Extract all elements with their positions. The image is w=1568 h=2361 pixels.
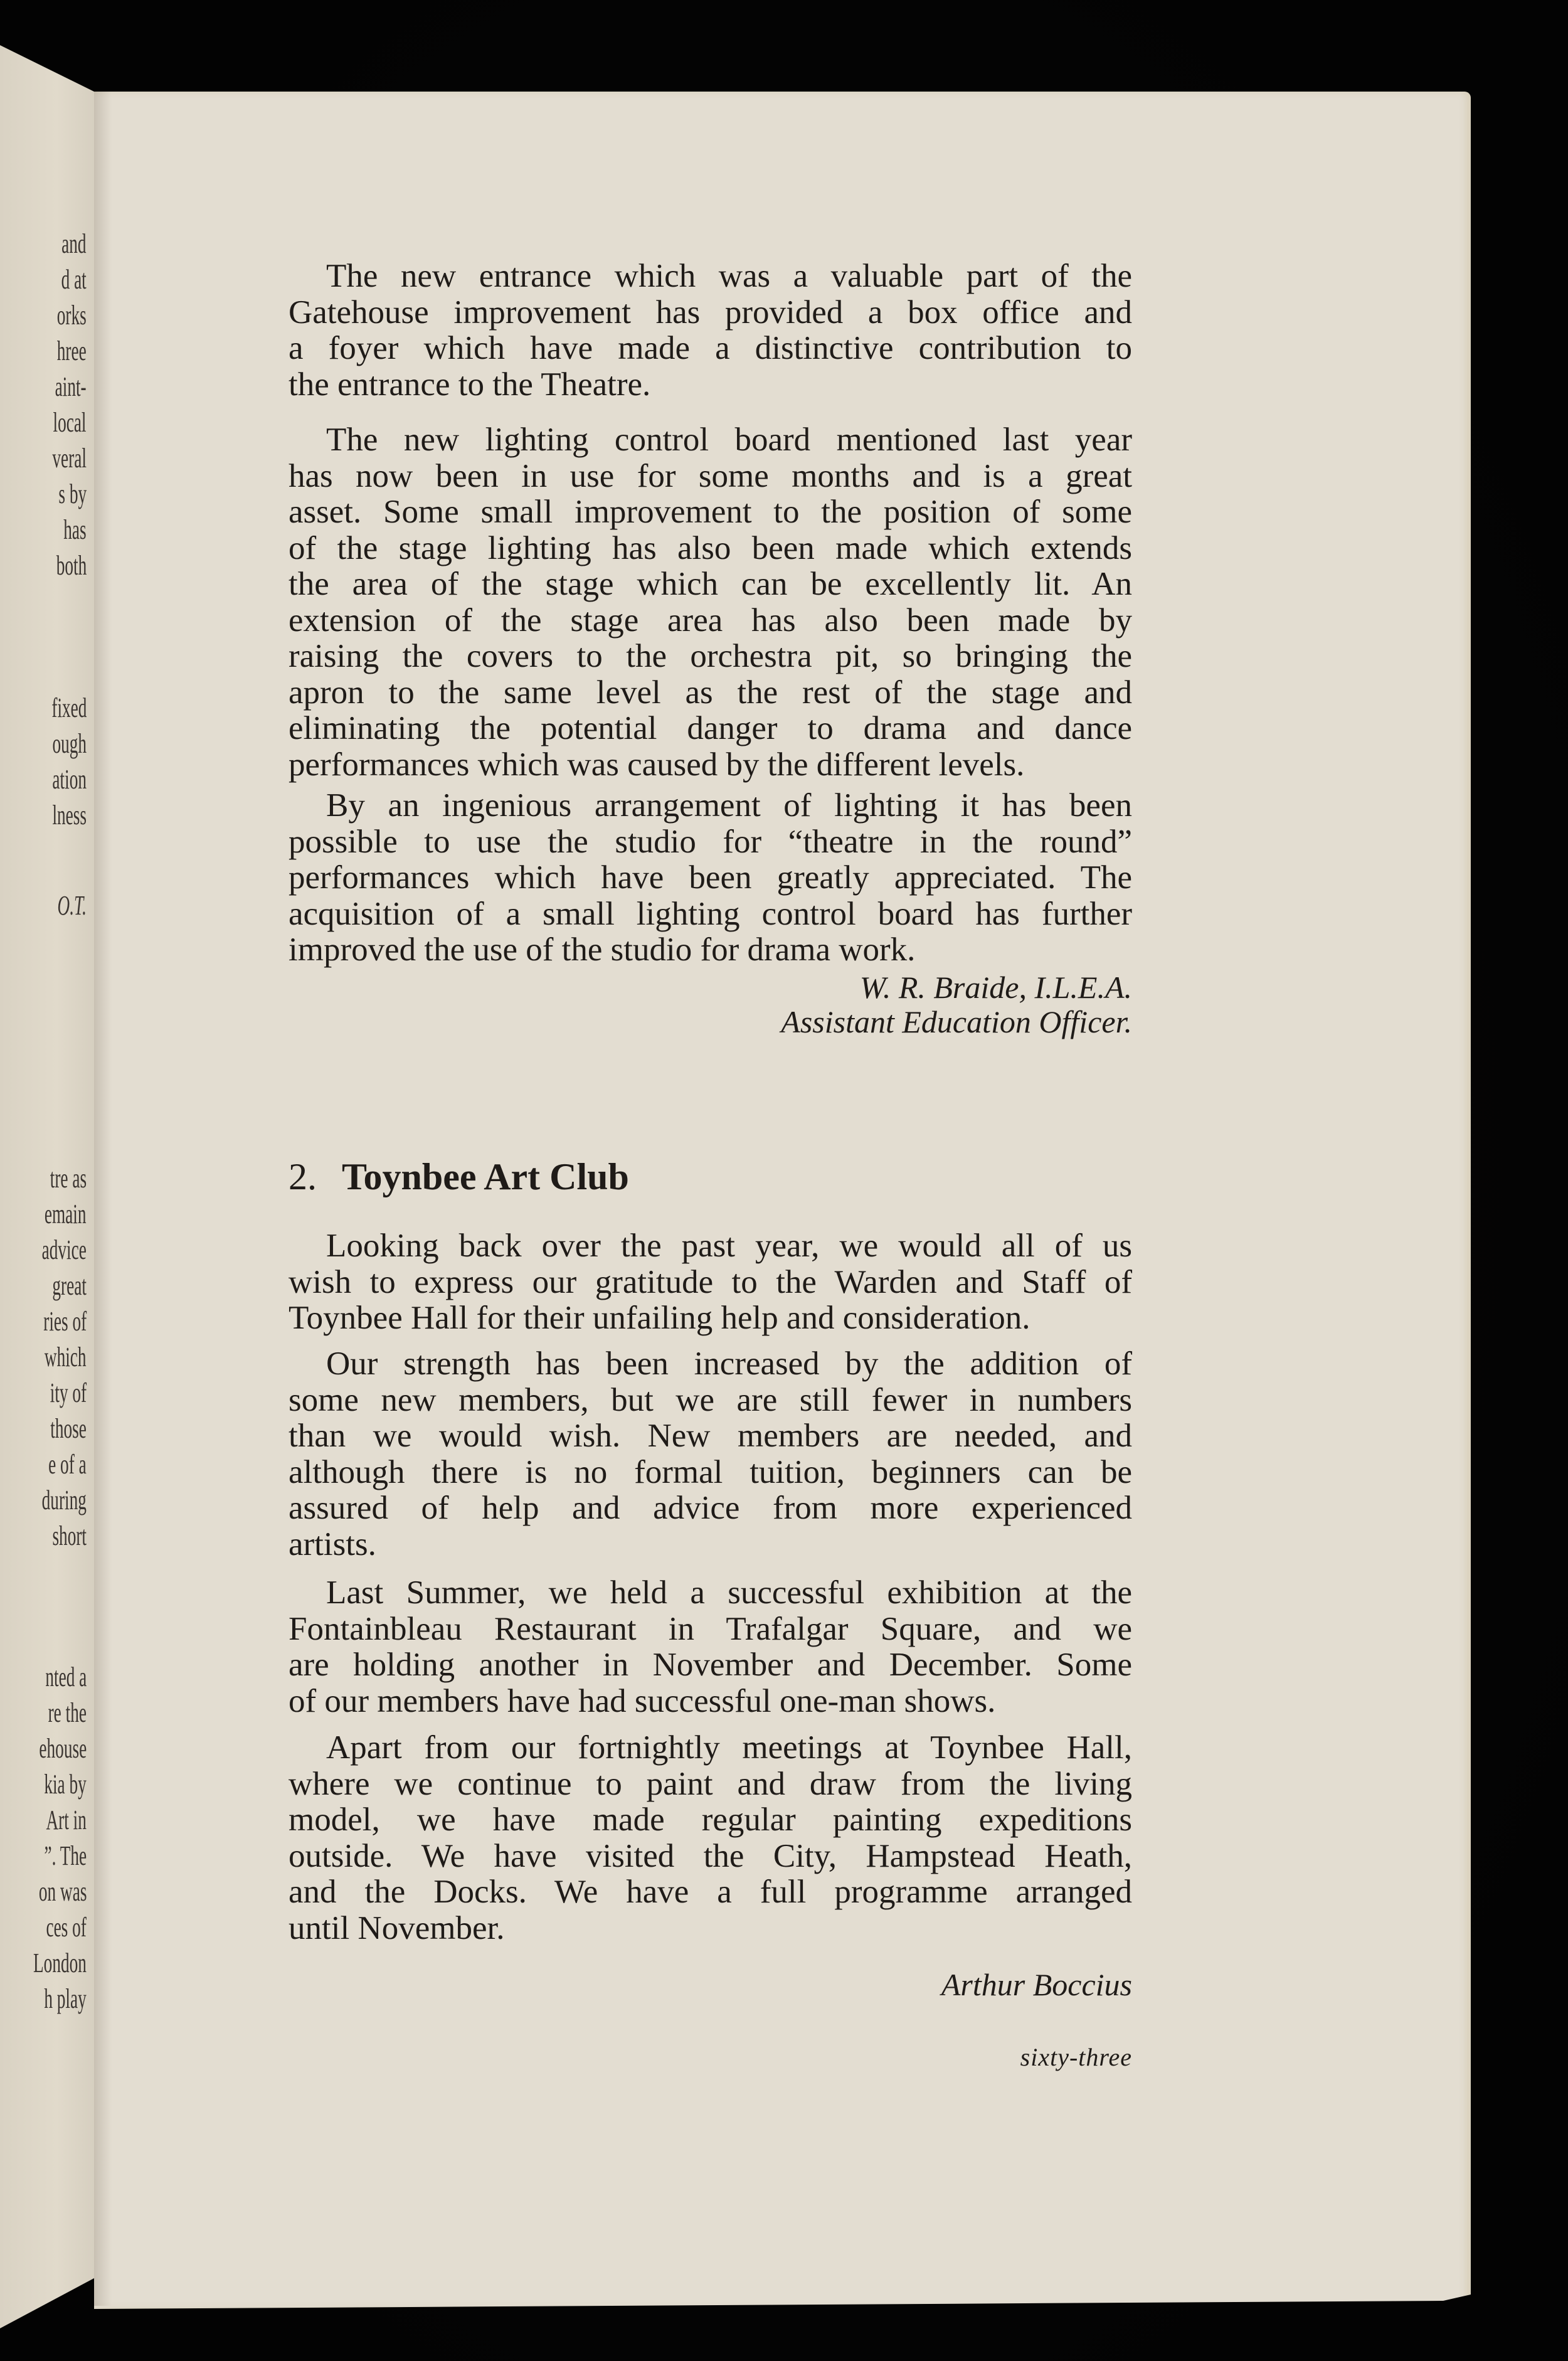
paragraph-membership: Our strength has been increased by the a… [289,1346,1132,1563]
facing-page-fragment: and [62,226,87,262]
facing-page-fragment: emain [45,1196,87,1233]
paragraph-gratitude: Looking back over the past year, we woul… [289,1228,1132,1337]
text-line: acquisition of a small lighting control … [289,896,1132,933]
book-page: The new entrance which was a valuable pa… [94,92,1471,2309]
facing-page-fragment: London [33,1945,87,1982]
text-line: Toynbee Hall for their unfailing help an… [289,1300,1132,1337]
facing-page-fragment: ation [52,761,87,798]
facing-page-fragment: d at [61,262,87,298]
text-line: the area of the stage which can be excel… [289,566,1132,603]
text-line: until November. [289,1911,1132,1947]
paragraph-meetings: Apart from our fortnightly meetings at T… [289,1730,1132,1946]
facing-page-fragment: advice [42,1232,87,1268]
text-line: eliminating the potential danger to dram… [289,711,1132,747]
text-line: Looking back over the past year, we woul… [289,1228,1132,1265]
text-line: Apart from our fortnightly meetings at T… [289,1730,1132,1766]
text-line: artists. [289,1527,1132,1563]
facing-page-fragment: tre as [50,1160,87,1197]
page-number: sixty-three [1020,2042,1132,2072]
text-line: possible to use the studio for “theatre … [289,824,1132,861]
facing-page-fragment: fixed [51,690,87,726]
facing-page-fragment: O.T. [58,888,87,924]
text-line: Gatehouse improvement has provided a box… [289,295,1132,331]
text-line: performances which have been greatly app… [289,860,1132,896]
text-line: asset. Some small improvement to the pos… [289,494,1132,531]
facing-page-fragment: ces of [46,1909,87,1946]
facing-page-fragment: kia by [45,1766,87,1803]
signature-author: Arthur Boccius [941,1967,1132,2003]
facing-page-fragment: e of a [48,1446,87,1483]
section-heading: 2.Toynbee Art Club [289,1155,629,1199]
paragraph-studio-lighting: By an ingenious arrangement of lighting … [289,788,1132,968]
text-line: Fontainbleau Restaurant in Trafalgar Squ… [289,1611,1132,1648]
text-line: outside. We have visited the City, Hamps… [289,1838,1132,1875]
text-line: some new members, but we are still fewer… [289,1382,1132,1419]
text-line: the entrance to the Theatre. [289,367,1132,403]
facing-page-fragment: h play [45,1981,87,2017]
text-line: apron to the same level as the rest of t… [289,675,1132,711]
facing-page-fragment: lness [52,797,87,834]
text-line: although there is no formal tuition, beg… [289,1455,1132,1491]
text-line: Our strength has been increased by the a… [289,1346,1132,1382]
facing-page-fragment: ries of [43,1303,87,1340]
paragraph-exhibition: Last Summer, we held a successful exhibi… [289,1575,1132,1719]
paragraph-entrance: The new entrance which was a valuable pa… [289,258,1132,403]
text-line: raising the covers to the orchestra pit,… [289,639,1132,675]
text-line: than we would wish. New members are need… [289,1418,1132,1455]
facing-page-fragment: ”. The [44,1838,87,1874]
text-line: and the Docks. We have a full programme … [289,1874,1132,1911]
text-line: assured of help and advice from more exp… [289,1490,1132,1527]
facing-page-fragment: veral [52,440,87,477]
gutter-shadow [94,92,112,2306]
text-line: improved the use of the studio for drama… [289,932,1132,968]
facing-page-fragment: hree [57,333,87,369]
section-title: Toynbee Art Club [342,1156,629,1197]
paragraph-lighting-board: The new lighting control board mentioned… [289,422,1132,783]
text-line: of our members have had successful one-m… [289,1684,1132,1720]
text-line: model, we have made regular painting exp… [289,1802,1132,1838]
facing-page-fragment: which [45,1339,87,1376]
text-line: of the stage lighting has also been made… [289,531,1132,567]
facing-page-fragment: ehouse [39,1731,87,1767]
facing-page-fragment: local [53,405,87,441]
text-line: has now been in use for some months and … [289,459,1132,495]
text-line: where we continue to paint and draw from… [289,1766,1132,1803]
text-line: extension of the stage area has also bee… [289,603,1132,639]
signature-role: Assistant Education Officer. [781,1004,1132,1040]
facing-page-fragment: aint- [55,369,87,405]
facing-page-fragment: short [52,1518,87,1554]
facing-page-fragment: during [42,1482,87,1519]
facing-page-fragment: orks [57,297,87,334]
text-line: By an ingenious arrangement of lighting … [289,788,1132,824]
text-line: The new entrance which was a valuable pa… [289,258,1132,295]
facing-page-fragment: Art in [46,1802,87,1838]
facing-page-fragment: re the [48,1695,87,1731]
text-line: performances which was caused by the dif… [289,747,1132,783]
text-line: The new lighting control board mentioned… [289,422,1132,459]
signature-name: W. R. Braide, I.L.E.A. [860,970,1132,1005]
facing-page-fragment: nted a [45,1659,87,1695]
facing-page-fragment: great [52,1268,87,1304]
facing-page-fragment: ough [52,726,87,762]
text-line: are holding another in November and Dece… [289,1647,1132,1684]
facing-page-fragment: on was [38,1874,87,1910]
facing-page-edge: andd atorkshreeaint-localverals byhasbot… [0,45,94,2328]
text-line: Last Summer, we held a successful exhibi… [289,1575,1132,1611]
facing-page-fragment: has [64,512,87,548]
facing-page-fragment: both [56,548,87,584]
text-line: a foyer which have made a distinctive co… [289,331,1132,367]
section-number: 2. [289,1156,317,1197]
facing-page-fragment: those [50,1411,87,1447]
facing-page-fragment: ity of [50,1375,87,1411]
facing-page-fragment: s by [58,476,87,512]
text-line: wish to express our gratitude to the War… [289,1265,1132,1301]
